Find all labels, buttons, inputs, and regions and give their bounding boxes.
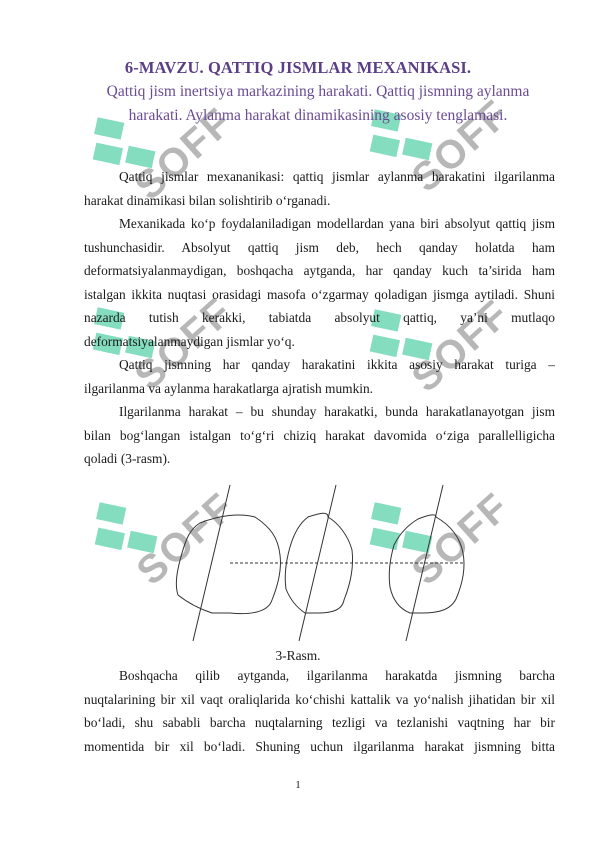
text-line: Ilgarilanma harakat – bu shunday harakat… [84, 400, 555, 424]
text-line: nazarda tutish kerakki, tabiatda absolyu… [84, 306, 555, 330]
text-line: Qattiq jismlar mexananikasi: qattiq jism… [84, 165, 555, 189]
text-line: Mexanikada ko‘p foydalaniladigan modella… [84, 212, 555, 236]
rigid-body-shape-3 [389, 515, 464, 613]
paragraph-absolute-rigid-body: Mexanikada ko‘p foydalaniladigan modella… [84, 212, 555, 354]
text-line: tushunchasidir. Absolyut qattiq jism deb… [84, 236, 555, 260]
reference-line-1 [193, 485, 230, 641]
text-line: deformatsiyalanmaydigan jismlar yo‘q. [84, 330, 555, 354]
paragraph-translational-points: Boshqacha qilib aytganda, ilgarilanma ha… [84, 664, 555, 758]
text-line: qoladi (3-rasm). [84, 447, 555, 471]
text-line: nuqtalarining bir xil vaqt oraliqlarida … [84, 688, 555, 712]
document-page: SOFFSOFFSOFFSOFFSOFFSOFF 6-MAVZU. QATTIQ… [0, 0, 596, 842]
subtitle-line-1: Qattiq jism inertsiya markazining haraka… [86, 80, 550, 104]
rigid-body-shape-1 [176, 515, 280, 614]
figure-caption: 3-Rasm. [0, 648, 596, 664]
text-line: Qattiq jismning har qanday harakatini ik… [84, 353, 555, 377]
paragraph-translational-definition: Ilgarilanma harakat – bu shunday harakat… [84, 400, 555, 471]
text-line: bilan bog‘langan istalgan to‘g‘ri chiziq… [84, 424, 555, 448]
paragraph-intro: Qattiq jismlar mexananikasi: qattiq jism… [84, 165, 555, 212]
text-line: ilgarilanma va aylanma harakatlarga ajra… [84, 377, 555, 401]
page-number: 1 [0, 779, 596, 791]
text-line: Boshqacha qilib aytganda, ilgarilanma ha… [84, 664, 555, 688]
subtitle-line-2: harakati. Aylanma harakat dinamikasining… [86, 104, 550, 128]
figure-translational-motion [160, 475, 480, 645]
paragraph-motion-types: Qattiq jismning har qanday harakatini ik… [84, 353, 555, 400]
text-line: istalgan ikkita nuqtasi orasidagi masofa… [84, 283, 555, 307]
watermark-logo-icon [80, 489, 164, 579]
text-line: bo‘ladi, shu sababli barcha nuqtalarning… [84, 711, 555, 735]
page-title: 6-MAVZU. QATTIQ JISMLAR MEXANIKASI. [0, 58, 596, 78]
text-line: harakat dinamikasi bilan solishtirib o‘r… [84, 189, 555, 213]
text-line: deformatsiyalanmaydigan, boshqacha aytga… [84, 259, 555, 283]
text-line: momentida bir xil bo‘ladi. Shuning uchun… [84, 735, 555, 759]
